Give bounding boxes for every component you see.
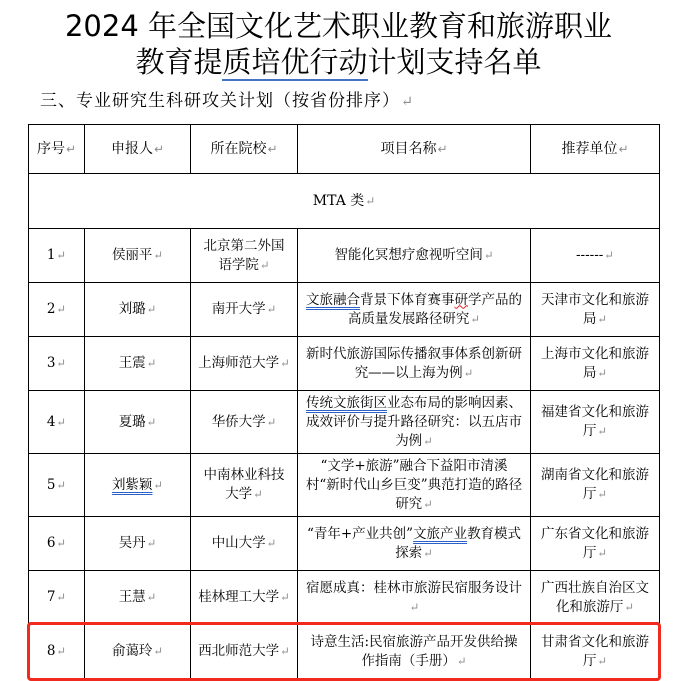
cell-text: 所在院校 <box>211 141 267 157</box>
paragraph-mark-icon: ↵ <box>268 142 278 156</box>
cell-project: 诗意生活:民宿旅游产品开发供给操作指南（手册）↵ <box>298 625 531 679</box>
cell-text: 中南林业科技大学 <box>204 467 285 502</box>
cell-school: 华侨大学↵ <box>191 391 298 454</box>
paragraph-mark-icon: ↵ <box>597 312 607 326</box>
cell-applicant: 王慧↵ <box>85 571 191 625</box>
paragraph-mark-icon: ↵ <box>624 600 634 614</box>
paragraph-mark-icon: ↵ <box>464 366 474 380</box>
paragraph-mark-icon: ↵ <box>56 644 66 658</box>
paragraph-mark-icon: ↵ <box>597 424 607 438</box>
paragraph-mark-icon: ↵ <box>66 142 76 156</box>
cell-text: 上海师范大学 <box>198 355 279 371</box>
table-row: 4↵ 夏璐↵ 华侨大学↵ 传统文旅街区业态布局的影响因素、成效评价与提升路径研究… <box>29 391 660 454</box>
cell-school: 桂林理工大学↵ <box>191 571 298 625</box>
cell-text: 湖南省文化和旅游厅 <box>541 467 649 502</box>
cell-recommender: ------↵ <box>531 229 660 283</box>
cell-text: 背景下体育赛事 <box>360 292 455 308</box>
paragraph-mark-icon: ↵ <box>280 590 290 604</box>
paragraph-mark-icon: ↵ <box>56 415 66 429</box>
cell-text: 中山大学 <box>212 535 266 551</box>
cell-school: 西北师范大学↵ <box>191 625 298 679</box>
cell-text: 6 <box>47 535 56 551</box>
cell-applicant: 夏璐↵ <box>85 391 191 454</box>
cell-text: 上海市文化和旅游局 <box>541 346 649 381</box>
cell-project: 新时代旅游国际传播叙事体系创新研究——以上海为例↵ <box>298 337 531 391</box>
cell-school: 北京第二外国语学院↵ <box>191 229 298 283</box>
paragraph-mark-icon: ↵ <box>423 497 433 511</box>
cell-text: 天津市文化和旅游局 <box>541 292 649 327</box>
paragraph-mark-icon: ↵ <box>597 366 607 380</box>
cell-text: 序号 <box>37 141 65 157</box>
paragraph-mark-icon: ↵ <box>470 312 480 326</box>
table-row: 7↵ 王慧↵ 桂林理工大学↵ 宿愿成真：桂林市旅游民宿服务设计↵ 广西壮族自治区… <box>29 571 660 625</box>
paragraph-mark-icon: ↵ <box>56 478 66 492</box>
cell-no: 2↵ <box>29 283 85 337</box>
cell-text: 吴丹 <box>119 535 146 551</box>
cell-text: 推荐单位 <box>562 141 618 157</box>
paragraph-mark-icon: ↵ <box>423 546 433 560</box>
cell-text: “青年+产业共创” <box>307 526 413 542</box>
title-text-underlined: 质培优行动 <box>222 45 367 81</box>
cell-applicant: 刘璐↵ <box>85 283 191 337</box>
cell-text: 宿愿成真：桂林市旅游民宿服务设计 <box>306 580 522 596</box>
grammar-underline: 文旅融合 <box>306 292 360 308</box>
table-row: 1↵ 侯丽平↵ 北京第二外国语学院↵ 智能化冥想疗愈视听空间↵ ------↵ <box>29 229 660 283</box>
cell-text: 侯丽平 <box>112 247 153 263</box>
cell-school: 上海师范大学↵ <box>191 337 298 391</box>
grammar-underline: 文旅产业 <box>413 526 467 542</box>
cell-text: 俞蔼玲 <box>112 643 153 659</box>
paragraph-mark-icon: ↵ <box>147 590 157 604</box>
cell-recommender: 福建省文化和旅游厅↵ <box>531 391 660 454</box>
cell-school: 中山大学↵ <box>191 517 298 571</box>
cell-recommender: 甘肃省文化和旅游厅↵ <box>531 625 660 679</box>
cell-text: 广东省文化和旅游厅 <box>541 526 649 561</box>
cell-text: 桂林理工大学 <box>198 589 279 605</box>
cell-project: 文旅融合背景下体育赛事研学产品的高质量发展路径研究↵ <box>298 283 531 337</box>
cell-no: 6↵ <box>29 517 85 571</box>
header-applicant: 申报人↵ <box>85 125 191 174</box>
cell-text: 夏璐 <box>119 414 146 430</box>
paragraph-mark-icon: ↵ <box>260 258 270 272</box>
grammar-underline: 传统文旅街区 <box>306 395 387 411</box>
cell-text: 新时代旅游国际传播叙事体系创新研究——以上海为例 <box>306 346 522 381</box>
paragraph-mark-icon: ↵ <box>154 142 164 156</box>
cell-text: 北京第二外国语学院 <box>204 238 285 273</box>
cell-recommender: 上海市文化和旅游局↵ <box>531 337 660 391</box>
paragraph-mark-icon: ↵ <box>280 644 290 658</box>
cell-text: 诗意生活:民宿旅游产品开发供给操作指南（手册） <box>310 634 517 669</box>
cell-text: 8 <box>47 643 56 659</box>
cell-applicant: 吴丹↵ <box>85 517 191 571</box>
cell-text: 刘璐 <box>119 301 146 317</box>
title-text-post: 计划支持名单 <box>368 45 542 79</box>
paragraph-mark-icon: ↵ <box>56 536 66 550</box>
paragraph-mark-icon: ↵ <box>280 356 290 370</box>
cell-text: 福建省文化和旅游厅 <box>541 404 649 439</box>
cell-project: 宿愿成真：桂林市旅游民宿服务设计↵ <box>298 571 531 625</box>
cell-recommender: 广西壮族自治区文化和旅游厅↵ <box>531 571 660 625</box>
cell-no: 3↵ <box>29 337 85 391</box>
paragraph-mark-icon: ↵ <box>56 248 66 262</box>
document-title-line-2: 教育提质培优行动计划支持名单 <box>0 44 677 80</box>
spellcheck-underline: 研 <box>455 292 469 308</box>
document-title-line-1: 2024 年全国文化艺术职业教育和旅游职业 <box>0 8 677 44</box>
cell-text: 3 <box>47 355 56 371</box>
cell-text: 申报人 <box>111 141 153 157</box>
section-heading: 三、专业研究生科研攻关计划（按省份排序）↵ <box>40 88 414 115</box>
section-heading-text: 三、专业研究生科研攻关计划（按省份排序） <box>40 91 400 111</box>
cell-text: 王震 <box>119 355 146 371</box>
cell-school: 中南林业科技大学↵ <box>191 454 298 517</box>
table-row: 2↵ 刘璐↵ 南开大学↵ 文旅融合背景下体育赛事研学产品的高质量发展路径研究↵ … <box>29 283 660 337</box>
paragraph-mark-icon: ↵ <box>410 600 420 614</box>
header-recommender: 推荐单位↵ <box>531 125 660 174</box>
cell-recommender: 广东省文化和旅游厅↵ <box>531 517 660 571</box>
cell-text: “文学+旅游”融合下益阳市清溪村“新时代山乡巨变”典范打造的路径研究 <box>306 458 522 512</box>
category-row: MTA 类↵ <box>29 174 660 229</box>
cell-project: 传统文旅街区业态布局的影响因素、成效评价与提升路径研究：以五店市为例↵ <box>298 391 531 454</box>
paragraph-mark-icon: ↵ <box>147 356 157 370</box>
cell-project: “青年+产业共创”文旅产业教育模式探索↵ <box>298 517 531 571</box>
cell-applicant: 刘紫颖↵ <box>85 454 191 517</box>
paragraph-mark-icon: ↵ <box>365 194 375 208</box>
paragraph-mark-icon: ↵ <box>423 434 433 448</box>
cell-text: 7 <box>47 589 56 605</box>
cell-text: MTA 类 <box>313 193 364 209</box>
paragraph-mark-icon: ↵ <box>267 536 277 550</box>
cell-text: 西北师范大学 <box>198 643 279 659</box>
paragraph-mark-icon: ↵ <box>401 94 414 110</box>
paragraph-mark-icon: ↵ <box>153 248 163 262</box>
table-row-highlighted: 8↵ 俞蔼玲↵ 西北师范大学↵ 诗意生活:民宿旅游产品开发供给操作指南（手册）↵… <box>29 625 660 679</box>
paragraph-mark-icon: ↵ <box>484 248 494 262</box>
table-row: 3↵ 王震↵ 上海师范大学↵ 新时代旅游国际传播叙事体系创新研究——以上海为例↵… <box>29 337 660 391</box>
cell-applicant: 侯丽平↵ <box>85 229 191 283</box>
cell-project: “文学+旅游”融合下益阳市清溪村“新时代山乡巨变”典范打造的路径研究↵ <box>298 454 531 517</box>
paragraph-mark-icon: ↵ <box>604 248 614 262</box>
table-header-row: 序号↵ 申报人↵ 所在院校↵ 项目名称↵ 推荐单位↵ <box>29 125 660 174</box>
cell-school: 南开大学↵ <box>191 283 298 337</box>
cell-text: 2 <box>47 301 56 317</box>
paragraph-mark-icon: ↵ <box>153 644 163 658</box>
paragraph-mark-icon: ↵ <box>253 487 263 501</box>
paragraph-mark-icon: ↵ <box>438 142 448 156</box>
paragraph-mark-icon: ↵ <box>147 302 157 316</box>
cell-text: 项目名称 <box>381 141 437 157</box>
paragraph-mark-icon: ↵ <box>153 478 163 492</box>
grammar-underline: 刘紫颖 <box>112 477 153 493</box>
cell-no: 8↵ <box>29 625 85 679</box>
paragraph-mark-icon: ↵ <box>56 356 66 370</box>
cell-text: 王慧 <box>119 589 146 605</box>
cell-text: 1 <box>47 247 56 263</box>
cell-recommender: 湖南省文化和旅游厅↵ <box>531 454 660 517</box>
cell-no: 4↵ <box>29 391 85 454</box>
cell-project: 智能化冥想疗愈视听空间↵ <box>298 229 531 283</box>
cell-text: 甘肃省文化和旅游厅 <box>541 634 649 669</box>
cell-text: 5 <box>47 477 56 493</box>
paragraph-mark-icon: ↵ <box>597 654 607 668</box>
cell-no: 1↵ <box>29 229 85 283</box>
paragraph-mark-icon: ↵ <box>619 142 629 156</box>
cell-no: 7↵ <box>29 571 85 625</box>
cell-applicant: 俞蔼玲↵ <box>85 625 191 679</box>
cell-text: 南开大学 <box>212 301 266 317</box>
cell-text: ------ <box>576 247 603 263</box>
cell-text: 4 <box>47 414 56 430</box>
header-school: 所在院校↵ <box>191 125 298 174</box>
cell-no: 5↵ <box>29 454 85 517</box>
paragraph-mark-icon: ↵ <box>597 487 607 501</box>
cell-recommender: 天津市文化和旅游局↵ <box>531 283 660 337</box>
cell-text: 智能化冥想疗愈视听空间 <box>334 247 483 263</box>
paragraph-mark-icon: ↵ <box>597 546 607 560</box>
paragraph-mark-icon: ↵ <box>267 415 277 429</box>
cell-applicant: 王震↵ <box>85 337 191 391</box>
paragraph-mark-icon: ↵ <box>457 654 467 668</box>
paragraph-mark-icon: ↵ <box>56 590 66 604</box>
cell-text: 华侨大学 <box>212 414 266 430</box>
paragraph-mark-icon: ↵ <box>267 302 277 316</box>
header-project: 项目名称↵ <box>298 125 531 174</box>
paragraph-mark-icon: ↵ <box>56 302 66 316</box>
paragraph-mark-icon: ↵ <box>147 536 157 550</box>
award-list-table: 序号↵ 申报人↵ 所在院校↵ 项目名称↵ 推荐单位↵ MTA 类↵ 1↵ 侯丽平… <box>28 124 660 679</box>
header-no: 序号↵ <box>29 125 85 174</box>
paragraph-mark-icon: ↵ <box>147 415 157 429</box>
category-label: MTA 类↵ <box>29 174 660 229</box>
table-row: 5↵ 刘紫颖↵ 中南林业科技大学↵ “文学+旅游”融合下益阳市清溪村“新时代山乡… <box>29 454 660 517</box>
table-row: 6↵ 吴丹↵ 中山大学↵ “青年+产业共创”文旅产业教育模式探索↵ 广东省文化和… <box>29 517 660 571</box>
title-text-pre: 教育提 <box>135 45 222 79</box>
